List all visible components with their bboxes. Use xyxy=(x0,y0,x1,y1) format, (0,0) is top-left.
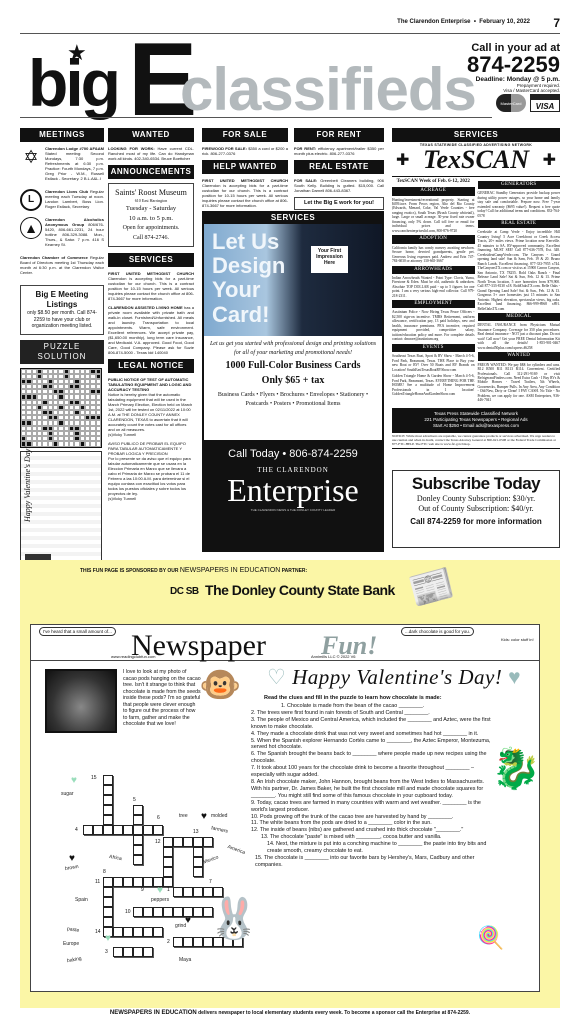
help-wanted-header: HELP WANTED xyxy=(202,160,288,174)
acreage-text: Hunting/investment/recreational property… xyxy=(392,198,475,234)
crossword-cell[interactable] xyxy=(193,837,203,847)
flying-newspaper-kid-icon: 📰 xyxy=(405,557,476,621)
column-for-sale: FOR SALE FIREWOOD FOR SALE: $350 a cord … xyxy=(202,128,288,212)
sect-wanted: WANTED xyxy=(478,352,561,360)
puzzle-instruction: Read the clues and fill in the puzzle to… xyxy=(264,695,442,701)
crossword-cell[interactable] xyxy=(163,867,173,877)
sponsor-prefix: THIS FUN PAGE IS SPONSORED BY OUR xyxy=(80,568,178,574)
heart-icon: ♡ xyxy=(267,665,286,689)
ad-offer-line2: Only $65 + tax xyxy=(208,375,378,387)
ad-photo: Let Us Design Your Card! Your First Impr… xyxy=(204,224,382,336)
crossword-cell[interactable] xyxy=(133,825,143,835)
visa-icon: VISA xyxy=(530,94,560,112)
crossword-cell[interactable] xyxy=(193,857,203,867)
crossword-cell[interactable] xyxy=(183,887,193,897)
masonic-compass-icon: ✡ xyxy=(20,146,42,168)
crossword-cell[interactable] xyxy=(103,907,113,917)
crossword-cell[interactable] xyxy=(193,937,203,947)
sponsor-line: THIS FUN PAGE IS SPONSORED BY OUR NEWSPA… xyxy=(80,567,307,574)
clue-number: 10 xyxy=(125,909,131,915)
word-bank-item: Europe xyxy=(63,941,79,947)
clue-item: 2. The trees were first found in rain fo… xyxy=(251,710,491,717)
clue-item: 7. It took about 100 years for the choco… xyxy=(251,765,491,779)
sect-events: EVENTS xyxy=(392,344,475,352)
crossword-cell[interactable] xyxy=(103,917,113,927)
header-rule xyxy=(20,33,560,34)
meeting-listings-box: Big E Meeting Listings only $8.50 per mo… xyxy=(20,285,104,335)
fun-header: I've heard that a small amount of... ...… xyxy=(31,625,539,661)
clue-number: 6 xyxy=(157,815,160,821)
clue-number: 13 xyxy=(193,829,199,835)
word-bank-item: Spain xyxy=(75,897,88,903)
clue-number: 3 xyxy=(105,949,108,955)
sect-arrowheads: ARROWHEADS xyxy=(392,266,475,274)
crossword-cell[interactable] xyxy=(133,947,143,957)
speech-bubble-right: ...dark chocolate is good for you. xyxy=(401,627,474,636)
lions-club-icon: L xyxy=(20,189,42,211)
crossword-cell[interactable] xyxy=(113,947,123,957)
crossword-cell[interactable] xyxy=(103,795,113,805)
crossword-cell[interactable] xyxy=(193,907,203,917)
for-rent-ad: FOR RENT: efficiency apartment/trailer $… xyxy=(294,146,384,156)
crossword-cell[interactable] xyxy=(103,815,113,825)
crossword-cell[interactable] xyxy=(203,837,213,847)
crossword-cell[interactable] xyxy=(103,825,113,835)
word-bank-item: Maya xyxy=(179,957,191,963)
texscan-col-right: GENERATORS GENERAC Standby Generators pr… xyxy=(478,179,561,405)
subscribe-local: Donley County Subscription: $30/yr. xyxy=(393,494,559,504)
service-ad: CLARENDON ASSISTED LIVING HOME has a pri… xyxy=(108,305,194,355)
sponsor-program: NEWSPAPERS IN EDUCATION xyxy=(180,567,280,574)
crossword-cell[interactable] xyxy=(163,907,173,917)
bunny-icon: 🐰 xyxy=(209,895,259,942)
for-sale-ad: FIREWOOD FOR SALE: $350 a cord or $200 a… xyxy=(202,146,288,156)
word-bank-item: brown xyxy=(65,864,79,872)
services-left-header: SERVICES xyxy=(108,253,194,267)
issue-date: February 10, 2022 xyxy=(479,19,530,25)
medical-text: DENTAL INSURANCE from Physicians Mutual … xyxy=(478,323,561,350)
word-bank-item: paste xyxy=(67,926,80,934)
sect-medical: MEDICAL xyxy=(478,313,561,321)
column-wanted: WANTED LOOKING FOR WORK: Have current CD… xyxy=(108,128,194,505)
word-bank-item: Africa xyxy=(109,854,123,862)
crossword-cell[interactable] xyxy=(133,805,143,815)
crossword-cell[interactable] xyxy=(103,887,113,897)
clue-number: 1 xyxy=(167,887,170,893)
legal-signed-es: (s)Vicky Tunnell xyxy=(108,496,136,501)
crossword-cell[interactable] xyxy=(133,927,143,937)
for-rent-header: FOR RENT xyxy=(294,128,384,142)
clue-item: 10. Pods growing off the trunk of the ca… xyxy=(251,814,491,821)
valentine-title: ♡ Happy Valentine's Day! ♥ xyxy=(267,665,521,690)
sect-real-estate: REAL ESTATE xyxy=(478,220,561,228)
sect-acreage: ACREAGE xyxy=(392,187,475,195)
texscan-col-left: TexSCAN Week of Feb. 6-12, 2022 ACREAGE … xyxy=(392,179,475,405)
employment-text: Austinium Police - Now Hiring Texas Peac… xyxy=(392,310,475,341)
brand-sub: THE CLARENDON NEWS & THE DONLEY COUNTY L… xyxy=(204,508,382,512)
arrowheads-text: Indian Arrowheads Wanted - Point Type: C… xyxy=(392,276,475,298)
wanted-texscan-text: FREON WANTED: We pay $$$ for cylinders a… xyxy=(478,363,561,403)
crossword-cell[interactable] xyxy=(123,947,133,957)
crossword-cell[interactable] xyxy=(143,825,153,835)
brand-name: Enterprise xyxy=(204,474,382,506)
crossword-cell[interactable] xyxy=(93,825,103,835)
museum-ad: Saints' Roost Museum 610 East Harrington… xyxy=(108,183,194,247)
crossword-cell[interactable] xyxy=(163,877,173,887)
bank-name: The Donley County State Bank xyxy=(205,582,395,598)
service-ad: FIRST UNITED METHODIST CHURCH Clarendon … xyxy=(108,271,194,301)
business-card-ad: Let Us Design Your Card! Your First Impr… xyxy=(202,222,384,552)
aa-triangle-icon: ▲ xyxy=(20,217,42,239)
clue-number: 4 xyxy=(75,827,78,833)
museum-address: 610 East Harrington xyxy=(113,198,189,203)
word-bank-item: tree xyxy=(179,813,188,819)
cards-note: Visa / MasterCard accepted. xyxy=(467,88,560,93)
clue-number: 15 xyxy=(91,775,97,781)
crossword-cell[interactable] xyxy=(193,867,203,877)
heart-icon: ♥ xyxy=(185,915,191,926)
thumbnail-title: Happy Valentine's Day! xyxy=(23,446,33,522)
crossword-cell[interactable] xyxy=(123,825,133,835)
word-bank-item: farmers xyxy=(211,825,229,834)
services-right-header: SERVICES xyxy=(392,128,560,142)
texscan-wordmark: TexSCAN xyxy=(423,147,529,173)
crossword-cell[interactable] xyxy=(143,877,153,887)
word-bank-item: baking xyxy=(67,956,83,964)
announcements-header: ANNOUNCEMENTS xyxy=(108,165,194,179)
crossword-cell[interactable] xyxy=(143,927,153,937)
heart-icon: ♥ xyxy=(105,933,111,944)
call-in-box: Call in your ad at 874-2259 Deadline: Mo… xyxy=(467,42,560,93)
meeting-lodge: ✡ Clarendon Lodge #700 AF&AM Stated meet… xyxy=(20,146,104,185)
crossword-cell[interactable] xyxy=(123,927,133,937)
texas-shape-icon: ✚ xyxy=(543,150,556,170)
texscan-footer: Texas Press Statewide Classified Network… xyxy=(392,408,560,433)
clue-item: 4. They made a chocolate drink that was … xyxy=(251,731,491,738)
crossword-cell[interactable] xyxy=(153,927,163,937)
heart-icon: ♥ xyxy=(201,811,207,822)
crossword-cell[interactable] xyxy=(133,855,143,865)
ad-call[interactable]: Call Today • 806-874-2259 xyxy=(204,440,382,460)
legal-heading: PUBLIC NOTICE OF TEST OF AUTOMATIC TABUL… xyxy=(108,377,191,392)
clue-number: 2 xyxy=(167,939,170,945)
clue-item: 9. Today, cacao trees are farmed in many… xyxy=(251,800,491,814)
heart-icon: ♥ xyxy=(157,885,163,896)
museum-days: Tuesday - Saturday xyxy=(113,205,189,213)
crossword-cell[interactable] xyxy=(183,837,193,847)
page-number: 7 xyxy=(553,16,560,30)
clue-number: 5 xyxy=(133,797,136,803)
clue-item: 6. The Spanish brought the beans back to… xyxy=(251,751,491,765)
sect-generators: GENERATORS xyxy=(478,181,561,189)
crossword-cell[interactable] xyxy=(113,877,123,887)
clue-item: 3. The people of Mexico and Central Amer… xyxy=(251,717,491,731)
clue-item: 13. The chocolate "paste" is mixed with … xyxy=(251,834,491,841)
crossword-cell[interactable] xyxy=(133,845,143,855)
meeting-chamber: Clarendon Chamber of Commerce Regular Bo… xyxy=(20,255,104,275)
dragon-icon: 🐉 xyxy=(491,745,541,792)
crossword-cell[interactable] xyxy=(193,887,203,897)
ad-footer: Call Today • 806-874-2259 THE CLARENDON … xyxy=(204,440,382,550)
sect-employment: EMPLOYMENT xyxy=(392,300,475,308)
column-for-rent: FOR RENT FOR RENT: efficiency apartment/… xyxy=(294,128,384,215)
help-wanted-ad: FIRST UNITED METHODIST CHURCH Clarendon … xyxy=(202,178,288,208)
crossword-cell[interactable] xyxy=(103,785,113,795)
big-e-promo: Let the Big E work for you! xyxy=(294,197,384,210)
sponsor-suffix: PARTNER: xyxy=(282,568,307,574)
crossword-cell[interactable] xyxy=(133,815,143,825)
crossword-cell[interactable] xyxy=(103,775,113,785)
newspaper-fun-section: THIS FUN PAGE IS SPONSORED BY OUR NEWSPA… xyxy=(20,560,560,1008)
crossword-cell[interactable] xyxy=(113,927,123,937)
crossword-cell[interactable] xyxy=(133,877,143,887)
clue-number: 8 xyxy=(103,869,106,875)
clue-list: 1. Chocolate is made from the bean of th… xyxy=(251,703,491,869)
deadline: Deadline: Monday @ 5 p.m. xyxy=(467,76,560,83)
subscribe-box: Subscribe Today Donley County Subscripti… xyxy=(392,470,560,548)
masthead-classifieds: classifieds xyxy=(180,60,476,120)
heart-icon: ♥ xyxy=(71,775,77,786)
column-meetings: MEETINGS ✡ Clarendon Lodge #700 AF&AM St… xyxy=(20,128,104,581)
ad-products: Business Cards • Flyers • Brochures • En… xyxy=(208,391,378,408)
crossword-cell[interactable] xyxy=(133,835,143,845)
listings-title: Big E Meeting Listings xyxy=(25,290,99,310)
crossword-cell[interactable] xyxy=(163,837,173,847)
crossword-cell[interactable] xyxy=(163,857,173,867)
crossword-cell[interactable] xyxy=(173,937,183,947)
crossword-cell[interactable] xyxy=(103,897,113,907)
heart-icon: ♥ xyxy=(508,665,521,689)
nie-footer: NEWSPAPERS IN EDUCATION delivers newspap… xyxy=(20,1010,560,1016)
clue-number: 7 xyxy=(209,879,212,885)
crossword-cell[interactable] xyxy=(153,825,163,835)
crossword-cell[interactable] xyxy=(183,937,193,947)
clue-number: 11 xyxy=(95,879,100,885)
meeting-lions: L Clarendon Lions Club Regular meeting e… xyxy=(20,189,104,213)
masthead-rule xyxy=(20,117,492,118)
crossword-cell[interactable] xyxy=(173,907,183,917)
real-estate-texscan-text: Creekside at Camp Verde - Enjoy incredib… xyxy=(478,230,561,311)
texscan-notice: NOTICE: While most advertisers are reput… xyxy=(392,434,560,449)
call-in-phone[interactable]: 874-2259 xyxy=(467,54,560,76)
texas-shape-icon: ✚ xyxy=(396,150,409,170)
ad-copy: Let us get you started with professional… xyxy=(204,336,382,412)
real-estate-header: REAL ESTATE xyxy=(294,160,384,174)
crossword-cell[interactable] xyxy=(143,907,153,917)
service-text: has a private room available with privat… xyxy=(108,305,194,355)
star-icon: ★ xyxy=(67,40,87,66)
events-text: Southeast Texas Boat, Sport & RV Show - … xyxy=(392,354,475,372)
heart-icon: ♥ xyxy=(69,853,75,864)
word-bank-item: America xyxy=(227,844,246,856)
crossword-cell[interactable] xyxy=(163,847,173,857)
crossword-cell[interactable] xyxy=(193,847,203,857)
crossword-cell[interactable] xyxy=(153,907,163,917)
sect-adoption: ADOPTION xyxy=(392,235,475,243)
service-text: Clarendon is accepting bids for a part-t… xyxy=(108,276,194,301)
puzzle-solution-header: PUZZLE SOLUTION xyxy=(20,340,104,364)
subscribe-call[interactable]: Call 874-2259 for more information xyxy=(393,517,559,526)
subscribe-out: Out of County Subscription: $40/yr. xyxy=(393,504,559,514)
wanted-header: WANTED xyxy=(108,128,194,142)
lollipop-icon: 🍭 xyxy=(477,925,504,951)
adoption-text: California family has comfy nursery awai… xyxy=(392,246,475,264)
crossword-cell[interactable] xyxy=(103,805,113,815)
word-bank-item: Mexico xyxy=(202,854,219,865)
mastercard-icon: MasterCard xyxy=(496,94,526,112)
fun-panel: I've heard that a small amount of... ...… xyxy=(30,624,540,992)
meeting-text: Stated meeting: Second Mondays, 7:30 p.m… xyxy=(45,151,104,181)
paper-dateline: The Clarendon Enterprise • February 10, … xyxy=(397,19,530,25)
events-text-2: Golden Triangle Home & Garden Show - Mar… xyxy=(392,374,475,396)
clue-number: 12 xyxy=(155,839,161,845)
museum-name: Saints' Roost Museum xyxy=(113,188,189,198)
museum-phone: Call 874-2746. xyxy=(113,235,189,243)
meetings-header: MEETINGS xyxy=(20,128,104,142)
word-bank-item: sugar xyxy=(61,791,74,797)
cacao-photo xyxy=(45,669,117,733)
crossword-cell[interactable] xyxy=(83,825,93,835)
ad-headline: Let Us Design Your Card! xyxy=(212,230,282,327)
intro-text: I love to look at my photo of cacao pods… xyxy=(123,669,201,728)
clue-item: 8. An Irish chocolate maker, John Hannon… xyxy=(251,779,491,800)
texscan-logo: TEXAS STATEWIDE CLASSIFIED ADVERTISING N… xyxy=(392,143,560,177)
texscan-week: TexSCAN Week of Feb. 6-12, 2022 xyxy=(392,179,475,185)
ad-business-card: Your First Impression Here xyxy=(311,246,348,273)
help-wanted-text: Clarendon is accepting bids for a part-t… xyxy=(202,183,288,208)
crossword-cell[interactable] xyxy=(113,825,123,835)
clue-item: 1. Chocolate is made from the bean of th… xyxy=(251,703,491,710)
legal-signed: (s)Vicky Tunnell xyxy=(108,432,136,437)
subscribe-title: Subscribe Today xyxy=(393,474,559,494)
monkey-chef-icon: 🐵 xyxy=(199,665,241,705)
crossword-cell[interactable] xyxy=(173,887,183,897)
generators-text: GENERAC Standby Generators provide backu… xyxy=(478,191,561,218)
crossword-cell[interactable] xyxy=(133,907,143,917)
clue-item: 15. The chocolate is ________ into our f… xyxy=(251,855,491,869)
puzzle-solution-grid xyxy=(20,368,102,448)
meeting-aa: ▲ Clarendon Alcoholics Anonymous Group 8… xyxy=(20,217,104,251)
legal-body-es: Por lo presente se da aviso que el equip… xyxy=(108,456,191,496)
texscan-block: TEXAS STATEWIDE CLASSIFIED ADVERTISING N… xyxy=(392,143,560,449)
valentine-text: Happy Valentine's Day! xyxy=(292,665,502,689)
texscan-footer-3[interactable]: Start At $250 • Email ads@texaspress.com xyxy=(392,423,560,429)
clue-item: 14. Next, the mixture is put into a conc… xyxy=(251,841,491,855)
clue-number: 9 xyxy=(141,887,144,893)
crossword-cell[interactable] xyxy=(103,877,113,887)
ad-offer-line1: 1000 Full-Color Business Cards xyxy=(208,360,378,372)
kids-note: Kids: color stuff in! xyxy=(501,637,534,642)
for-sale-header: FOR SALE xyxy=(202,128,288,142)
nie-footer-text: delivers newspaper to local elementary s… xyxy=(198,1010,470,1016)
clue-item: 5. When the Spanish explorer Hernando Co… xyxy=(251,738,491,752)
word-bank-item: peppers xyxy=(151,897,169,903)
wanted-ad: LOOKING FOR WORK: Have current CDL. Ranc… xyxy=(108,146,194,161)
legal-notice: PUBLIC NOTICE OF TEST OF AUTOMATIC TABUL… xyxy=(108,377,194,437)
legal-body: Notice is hereby given that the automati… xyxy=(108,392,192,432)
crossword-cell[interactable] xyxy=(123,877,133,887)
legal-heading-es: AVISO PUBLICO DE PROBAR EL EQUIPO PARA T… xyxy=(108,441,186,456)
speech-bubble-left: I've heard that a small amount of... xyxy=(39,627,116,636)
clue-number: 14 xyxy=(95,929,101,935)
museum-hours: 10 a.m. to 5 p.m. xyxy=(113,215,189,223)
word-bank-item: molded xyxy=(211,813,227,819)
crossword-cell[interactable] xyxy=(173,837,183,847)
museum-appointments: Open for appointments. xyxy=(113,225,189,233)
legal-notice-header: LEGAL NOTICE xyxy=(108,359,194,373)
texscan-columns: TexSCAN Week of Feb. 6-12, 2022 ACREAGE … xyxy=(392,179,560,405)
bank-logo: DC SB The Donley County State Bank xyxy=(170,582,395,598)
dcsb-monogram: DC SB xyxy=(170,587,199,596)
payment-cards: MasterCard VISA xyxy=(496,94,560,112)
fun-url[interactable]: www.readingclubfun.com xyxy=(111,654,155,659)
ad-tagline: Let us get you started with professional… xyxy=(208,340,378,357)
listings-text: only $8.50 per month. Call 874-2259 to h… xyxy=(25,310,99,330)
clue-item: 11. The white beans from the pods are dr… xyxy=(251,820,491,827)
paper-name: The Clarendon Enterprise xyxy=(397,19,470,25)
nie-footer-bold: NEWSPAPERS IN EDUCATION xyxy=(110,1010,197,1016)
legal-notice-spanish: AVISO PUBLICO DE PROBAR EL EQUIPO PARA T… xyxy=(108,441,194,501)
crossword-cell[interactable] xyxy=(143,947,153,957)
fun-copyright: Annimills LLC © 2022 V6 xyxy=(311,654,356,659)
clue-item: 12. The inside of beans (nibs) are gathe… xyxy=(251,827,491,834)
real-estate-ad: FOR SALE: Greenbelt Cleaners building, 9… xyxy=(294,178,384,193)
